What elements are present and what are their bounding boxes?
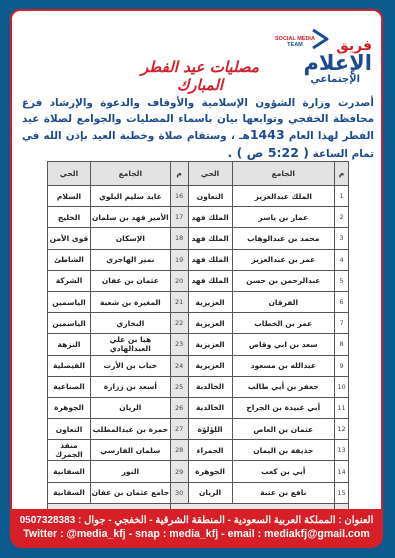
header-district: الحي: [48, 162, 91, 186]
table-row: 8سعد بن ابي وقاصالعزيزية23هيا بن علي الع…: [48, 334, 349, 355]
row-district: قوى الأمن: [48, 228, 91, 249]
row-num: 2: [335, 207, 349, 228]
row-mosque: عبدالله بن مسعود: [232, 355, 335, 376]
page-title: مصليات عيد الفطر المبارك: [130, 58, 270, 94]
table-row: 1الملك عبدالعزيزالتعاون16عايد سليم البلو…: [48, 186, 349, 207]
row-mosque: الملك عبدالعزيز: [232, 186, 335, 207]
intro-year: 1443: [250, 127, 285, 142]
row-district: الحمراء: [188, 440, 232, 461]
row-district: العزيزية: [188, 355, 232, 376]
table-row: 15نافع بن عتبةالريان30جامع عثمان بن عفان…: [48, 482, 349, 503]
row-mosque: عثمان بن عفان: [90, 270, 170, 291]
row-district: التعاون: [48, 419, 91, 440]
row-num: 6: [335, 291, 349, 312]
row-num: 9: [335, 355, 349, 376]
row-mosque: محمد بن عبدالوهاب: [232, 228, 335, 249]
row-mosque: أبي عبيدة بن الجراح: [232, 397, 335, 418]
row-num: 15: [335, 482, 349, 503]
row-num: 10: [335, 376, 349, 397]
row-district: التعاون: [188, 186, 232, 207]
row-district: الياسمين: [48, 313, 91, 334]
row-num: 21: [170, 291, 188, 312]
row-district: الخالدية: [188, 376, 232, 397]
row-num: 16: [170, 186, 188, 207]
row-num: 19: [170, 249, 188, 270]
table-row: 12عثمان بن العاصاللؤلؤة27حمزة بن عبدالمط…: [48, 419, 349, 440]
table-row: 4عمر بن عبدالعزيزالملك فهد19نمير الهاجري…: [48, 249, 349, 270]
row-mosque: حمزة بن عبدالمطلب: [90, 419, 170, 440]
table-row: 5عبدالرحمن بن حسنالملك فهد20عثمان بن عفا…: [48, 270, 349, 291]
footer-social: Twitter : @media_kfj - snap : media_kfj …: [10, 527, 383, 542]
row-num: 5: [335, 270, 349, 291]
row-district: الخليج: [48, 207, 91, 228]
header-num: م: [170, 162, 188, 186]
row-mosque: الريان: [90, 397, 170, 418]
row-num: 27: [170, 419, 188, 440]
row-district: السفانية: [48, 461, 91, 482]
row-mosque: سلمان الفارسي: [90, 440, 170, 461]
row-district: النزهة: [48, 334, 91, 355]
row-num: 4: [335, 249, 349, 270]
row-district: الجوهرة: [48, 397, 91, 418]
row-district: الملك فهد: [188, 249, 232, 270]
row-num: 7: [335, 313, 349, 334]
row-num: 30: [170, 482, 188, 503]
row-mosque: عمر بن عبدالعزيز: [232, 249, 335, 270]
row-district: الصناعية: [48, 376, 91, 397]
row-mosque: النور: [90, 461, 170, 482]
row-num: 26: [170, 397, 188, 418]
mosques-table: م الجامع الحي م الجامع الحي 1الملك عبدال…: [47, 161, 349, 529]
row-num: 29: [170, 461, 188, 482]
row-mosque: الإسكان: [90, 228, 170, 249]
team-text: TEAM: [275, 42, 315, 48]
header-mosque: الجامع: [90, 162, 170, 186]
row-mosque: أسعد بن زرارة: [90, 376, 170, 397]
row-district: العزيزية: [188, 334, 232, 355]
row-mosque: نافع بن عتبة: [232, 482, 335, 503]
row-mosque: الفرقان: [232, 291, 335, 312]
table-row: 14أبي بن كعبالجوهرة29النورالسفانية: [48, 461, 349, 482]
row-district: السفانية: [48, 482, 91, 503]
logo-word-social: الإجتماعي: [310, 74, 360, 85]
row-num: 17: [170, 207, 188, 228]
table-row: 7عمر بن الخطابالعزيزية22البخاريالياسمين: [48, 313, 349, 334]
row-mosque: سعد بن ابي وقاص: [232, 334, 335, 355]
table-row: 11أبي عبيدة بن الجراحالخالدية26الريانالج…: [48, 397, 349, 418]
row-num: 23: [170, 334, 188, 355]
row-mosque: أبي بن كعب: [232, 461, 335, 482]
row-mosque: عبدالرحمن بن حسن: [232, 270, 335, 291]
row-num: 28: [170, 440, 188, 461]
row-district: الشاطئ: [48, 249, 91, 270]
row-district: الملك فهد: [188, 207, 232, 228]
table-row: 9عبدالله بن مسعودالعزيزية24خباب بن الأرت…: [48, 355, 349, 376]
row-num: 8: [335, 334, 349, 355]
row-mosque: خباب بن الأرت: [90, 355, 170, 376]
row-district: الجوهرة: [188, 461, 232, 482]
row-district: الملك فهد: [188, 270, 232, 291]
row-mosque: المغيرة بن شعبة: [90, 291, 170, 312]
row-num: 12: [335, 419, 349, 440]
row-num: 20: [170, 270, 188, 291]
table-row: 10جعفر بن أبي طالبالخالدية25أسعد بن زرار…: [48, 376, 349, 397]
footer-address: العنوان : المملكة العربية السعودية - الم…: [10, 509, 383, 527]
row-mosque: جعفر بن أبي طالب: [232, 376, 335, 397]
contact-footer: العنوان : المملكة العربية السعودية - الم…: [10, 509, 383, 548]
table-row: 6الفرقانالعزيزية21المغيرة بن شعبةالياسمي…: [48, 291, 349, 312]
row-mosque: عايد سليم البلوي: [90, 186, 170, 207]
row-num: 3: [335, 228, 349, 249]
social-media-team-logo: SOCIAL MEDIA TEAM فريق الإعلام الإجتماعي: [270, 24, 378, 90]
row-district: السلام: [48, 186, 91, 207]
table-row: 3محمد بن عبدالوهابالملك فهد18الإسكانقوى …: [48, 228, 349, 249]
row-num: 24: [170, 355, 188, 376]
play-icon: [310, 28, 330, 50]
row-num: 18: [170, 228, 188, 249]
header-district: الحي: [188, 162, 232, 186]
row-mosque: نمير الهاجري: [90, 249, 170, 270]
row-mosque: الأمير فهد بن سلمان: [90, 207, 170, 228]
row-district: الملك فهد: [188, 228, 232, 249]
social-media-label: SOCIAL MEDIA TEAM: [275, 36, 315, 48]
table-row: 13حذيفة بن اليمانالحمراء28سلمان الفارسيم…: [48, 440, 349, 461]
row-district: اللؤلؤة: [188, 419, 232, 440]
row-mosque: عمار بن ياسر: [232, 207, 335, 228]
header-num: م: [335, 162, 349, 186]
row-mosque: البخاري: [90, 313, 170, 334]
row-num: 14: [335, 461, 349, 482]
row-num: 22: [170, 313, 188, 334]
row-district: العزيزية: [188, 291, 232, 312]
row-district: الياسمين: [48, 291, 91, 312]
row-district: الفيصلية: [48, 355, 91, 376]
row-district: الخالدية: [188, 397, 232, 418]
row-num: 13: [335, 440, 349, 461]
row-district: الريان: [188, 482, 232, 503]
row-mosque: جامع عثمان بن عفان: [90, 482, 170, 503]
row-district: منفذ الجمرك: [48, 440, 91, 461]
header-mosque: الجامع: [232, 162, 335, 186]
row-mosque: حذيفة بن اليمان: [232, 440, 335, 461]
prayer-time: ( 5:22 ص ) .: [228, 145, 310, 160]
row-num: 25: [170, 376, 188, 397]
intro-paragraph: أصدرت وزارة الشؤون الإسلامية والأوقاف وا…: [22, 96, 374, 162]
row-mosque: عمر بن الخطاب: [232, 313, 335, 334]
row-num: 1: [335, 186, 349, 207]
row-num: 11: [335, 397, 349, 418]
table-header-row: م الجامع الحي م الجامع الحي: [48, 162, 349, 186]
row-district: العزيزية: [188, 313, 232, 334]
table-row: 2عمار بن ياسرالملك فهد17الأمير فهد بن سل…: [48, 207, 349, 228]
row-mosque: عثمان بن العاص: [232, 419, 335, 440]
logo-word-media: الإعلام: [303, 52, 372, 74]
row-district: الشركة: [48, 270, 91, 291]
row-mosque: هيا بن علي العبدالهادي: [90, 334, 170, 355]
